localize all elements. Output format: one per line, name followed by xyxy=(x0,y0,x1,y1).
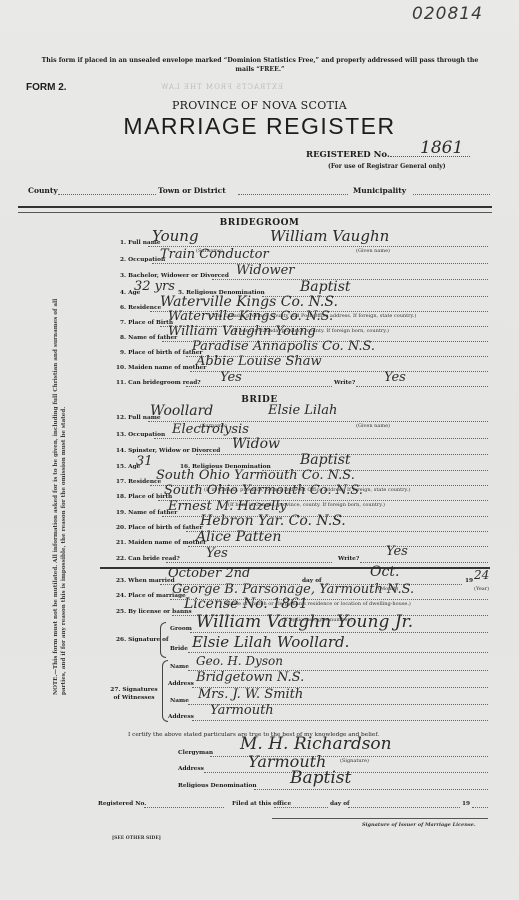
bride-given-name: Elsie Lilah xyxy=(268,403,337,418)
groom-write-line xyxy=(356,386,488,387)
bridegroom-heading: BRIDEGROOM xyxy=(0,218,519,228)
footer-year: 19 xyxy=(462,801,470,807)
groom-read: Yes xyxy=(220,370,242,385)
registered-sub: (For use of Registrar General only) xyxy=(328,163,446,170)
bride-given-sub: (Given name) xyxy=(356,423,390,429)
bride-birthplace: South Ohio Yarmouth Co. N.S. xyxy=(164,483,363,498)
town-line xyxy=(238,194,348,195)
bride-father: Ernest M. Hazelly xyxy=(168,499,287,514)
groom-father-birthplace: Paradise Annapolis Co. N.S. xyxy=(192,339,375,354)
bride-write-label: Write? xyxy=(338,556,359,562)
town-label: Town or District xyxy=(158,186,226,195)
bride-father-birthplace: Hebron Yar. Co. N.S. xyxy=(200,513,346,529)
province-heading: PROVINCE OF NOVA SCOTIA xyxy=(0,99,519,112)
bride-write: Yes xyxy=(386,544,408,559)
license-value: License No. 1861 xyxy=(184,596,308,612)
witness2-address-line xyxy=(192,720,488,721)
bride-heading: BRIDE xyxy=(0,395,519,405)
see-other-side: [SEE OTHER SIDE] xyxy=(112,836,161,841)
form-label: FORM 2. xyxy=(26,82,67,93)
groom-sig-label: Groom xyxy=(170,626,192,632)
witness2-name: Mrs. J. W. Smith xyxy=(198,687,303,702)
groom-signature: William Vaughn Young Jr. xyxy=(196,612,413,632)
footer-filed-line xyxy=(274,807,328,808)
groom-write: Yes xyxy=(384,370,406,385)
groom-given-sub: (Given name) xyxy=(356,248,390,254)
year-sub: (Year) xyxy=(474,586,489,592)
place-value: George B. Parsonage, Yarmouth N.S. xyxy=(172,582,414,597)
witness1-address: Bridgetown N.S. xyxy=(196,670,304,685)
bride-occupation: Electrolysis xyxy=(172,422,249,437)
footer-month-line xyxy=(348,807,460,808)
bride-write-line xyxy=(360,562,488,563)
groom-birthplace: Waterville Kings Co. N.S. xyxy=(168,309,333,324)
bride-status: Widow xyxy=(232,436,280,452)
groom-status: Widower xyxy=(236,263,294,278)
issuer-signature-line xyxy=(272,818,488,819)
bride-sig-line xyxy=(188,652,488,653)
postal-notice: This form if placed in an unsealed envel… xyxy=(40,56,480,74)
side-note: NOTE.—This form must not be mutilated. A… xyxy=(52,295,68,695)
footer-registered-line xyxy=(144,807,224,808)
bride-age: 31 xyxy=(136,454,153,469)
marriage-register-page: 020814 This form if placed in an unseale… xyxy=(0,0,519,900)
groom-occupation-line xyxy=(152,263,488,264)
groom-mother: Abbie Louise Shaw xyxy=(196,354,322,369)
footer-registered-label: Registered No. xyxy=(98,801,146,807)
clergy-address-label: Address xyxy=(178,766,204,772)
stamp-number: 020814 xyxy=(412,4,483,24)
groom-father: William Vaughn Young xyxy=(168,324,316,339)
witness2-address: Yarmouth xyxy=(210,703,274,718)
when-month: Oct. xyxy=(370,564,399,580)
groom-given-name: William Vaughn xyxy=(270,227,389,245)
bride-occupation-line xyxy=(154,438,488,439)
clergy-denom-line xyxy=(254,789,488,790)
bleed-through-text: EXTRACTS FROM THE LAW xyxy=(160,83,283,91)
witness2-name-label: Name xyxy=(170,698,189,704)
witness1-name-label: Name xyxy=(170,664,189,670)
municipality-label: Municipality xyxy=(353,186,406,195)
bride-read-line xyxy=(166,562,332,563)
issuer-signature-label: Signature of Issuer of Marriage License. xyxy=(362,822,476,828)
groom-residence: Waterville Kings Co. N.S. xyxy=(160,294,338,310)
bride-read: Yes xyxy=(206,546,228,561)
groom-religion: Baptist xyxy=(300,279,351,295)
groom-occupation: Train Conductor xyxy=(160,247,269,262)
footer-day-of: day of xyxy=(330,801,350,807)
county-line xyxy=(58,194,156,195)
bride-sig-label: Bride xyxy=(170,646,188,652)
witnesses-brace xyxy=(162,660,168,722)
groom-surname: Young xyxy=(152,227,199,245)
footer-year-line xyxy=(472,807,488,808)
bride-mother-line xyxy=(188,546,488,547)
groom-read-line xyxy=(186,386,332,387)
witness2-address-label: Address xyxy=(168,714,194,720)
witness1-address-label: Address xyxy=(168,681,194,687)
when-day: October 2nd xyxy=(168,566,250,581)
bride-religion: Baptist xyxy=(300,452,351,468)
clergy-denom-label: Religious Denomination xyxy=(178,783,257,789)
municipality-line xyxy=(413,194,490,195)
county-label: County xyxy=(28,186,58,195)
signature-brace xyxy=(160,622,166,658)
witness1-name: Geo. H. Dyson xyxy=(196,654,283,668)
when-year: 24 xyxy=(474,568,489,582)
bride-signature: Elsie Lilah Woollard. xyxy=(192,633,349,651)
bride-residence: South Ohio Yarmouth Co. N.S. xyxy=(156,468,355,483)
groom-age: 32 yrs xyxy=(134,279,175,294)
clergyman-signature: M. H. Richardson xyxy=(240,734,392,754)
bride-mother: Alice Patten xyxy=(196,529,281,545)
registered-label: REGISTERED No. xyxy=(306,150,390,160)
year-prefix: 19 xyxy=(465,578,473,584)
page-title: MARRIAGE REGISTER xyxy=(0,113,519,140)
clergyman-label: Clergyman xyxy=(178,750,213,756)
clergy-denomination: Baptist xyxy=(290,768,351,788)
bride-surname: Woollard xyxy=(150,403,213,419)
witnesses-label: 27. Signatures of Witnesses xyxy=(108,686,160,702)
registered-value: 1861 xyxy=(420,138,463,158)
header-divider xyxy=(18,206,492,213)
clergyman-sub: (Signature) xyxy=(340,758,369,764)
bride-divider xyxy=(100,567,490,569)
groom-write-label: Write? xyxy=(334,380,355,386)
